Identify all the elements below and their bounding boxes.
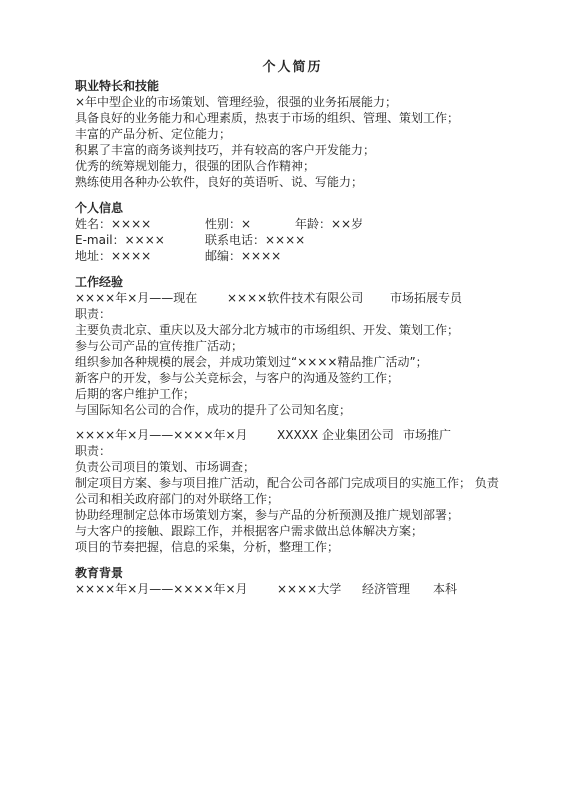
page-title: 个人简历 xyxy=(75,60,510,76)
education-entry: ××××年×月——××××年×月××××大学经济管理本科 xyxy=(75,581,510,597)
job-position: 市场拓展专员 xyxy=(390,291,462,305)
personal-row: 姓名：××××性别：×年龄：××岁 xyxy=(75,216,510,232)
email-field: E-mail：×××× xyxy=(75,232,205,248)
duty-line: 后期的客户维护工作； xyxy=(75,386,510,402)
postcode-field: 邮编：×××× xyxy=(205,249,281,263)
personal-row: 地址：××××邮编：×××× xyxy=(75,248,510,264)
job-company: XXXXX 企业集团公司 xyxy=(277,427,403,443)
job-company: ××××软件技术有限公司 xyxy=(227,290,390,306)
gender-field: 性别：× xyxy=(205,216,295,232)
duty-line: 项目的节奏把握，信息的采集，分析，整理工作； xyxy=(75,539,510,555)
skill-line: 积累了丰富的商务谈判技巧，并有较高的客户开发能力； xyxy=(75,142,510,158)
education-school: ××××大学 xyxy=(277,581,362,597)
duty-line: 负责公司项目的策划、市场调查； xyxy=(75,459,510,475)
resume-page: 个人简历 职业特长和技能 ×年中型企业的市场策划、管理经验，很强的业务拓展能力；… xyxy=(0,0,566,800)
job-header: ××××年×月——××××年×月XXXXX 企业集团公司市场推广 xyxy=(75,427,510,443)
duties-label: 职责： xyxy=(75,443,510,459)
duty-line: 与大客户的接触、跟踪工作，并根据客户需求做出总体解决方案； xyxy=(75,523,510,539)
address-field: 地址：×××× xyxy=(75,248,205,264)
duty-line: 协助经理制定总体市场策划方案，参与产品的分析预测及推广规划部署； xyxy=(75,507,510,523)
duty-line: 参与公司产品的宣传推广活动； xyxy=(75,338,510,354)
duty-line: 组织参加各种规模的展会，并成功策划过“××××精品推广活动”； xyxy=(75,354,510,370)
skill-line: 具备良好的业务能力和心理素质，热衷于市场的组织、管理、策划工作； xyxy=(75,110,510,126)
duty-line: 与国际知名公司的合作，成功的提升了公司知名度； xyxy=(75,402,510,418)
job-period: ××××年×月——现在 xyxy=(75,290,227,306)
job-position: 市场推广 xyxy=(403,428,451,442)
section-heading-skills: 职业特长和技能 xyxy=(75,78,510,94)
skill-line: 熟练使用各种办公软件，良好的英语听、说、写能力； xyxy=(75,174,510,190)
section-heading-personal: 个人信息 xyxy=(75,200,510,216)
age-field: 年龄：××岁 xyxy=(295,217,363,231)
duties-label: 职责： xyxy=(75,306,510,322)
section-heading-education: 教育背景 xyxy=(75,565,510,581)
duty-line: 新客户的开发，参与公关竞标会，与客户的沟通及签约工作； xyxy=(75,370,510,386)
duty-line: 制定项目方案、参与项目推广活动，配合公司各部门完成项目的实施工作； 负责公司和相… xyxy=(75,475,510,507)
duty-line: 主要负责北京、重庆以及大部分北方城市的市场组织、开发、策划工作； xyxy=(75,322,510,338)
education-major: 经济管理 xyxy=(362,581,433,597)
skill-line: 优秀的统筹规划能力，很强的团队合作精神； xyxy=(75,158,510,174)
skill-line: 丰富的产品分析、定位能力； xyxy=(75,126,510,142)
education-degree: 本科 xyxy=(433,582,457,596)
personal-row: E-mail：××××联系电话：×××× xyxy=(75,232,510,248)
phone-field: 联系电话：×××× xyxy=(205,233,305,247)
skill-line: ×年中型企业的市场策划、管理经验，很强的业务拓展能力； xyxy=(75,94,510,110)
job-period: ××××年×月——××××年×月 xyxy=(75,427,277,443)
job-header: ××××年×月——现在××××软件技术有限公司市场拓展专员 xyxy=(75,290,510,306)
name-field: 姓名：×××× xyxy=(75,216,205,232)
education-period: ××××年×月——××××年×月 xyxy=(75,581,277,597)
section-heading-work: 工作经验 xyxy=(75,274,510,290)
